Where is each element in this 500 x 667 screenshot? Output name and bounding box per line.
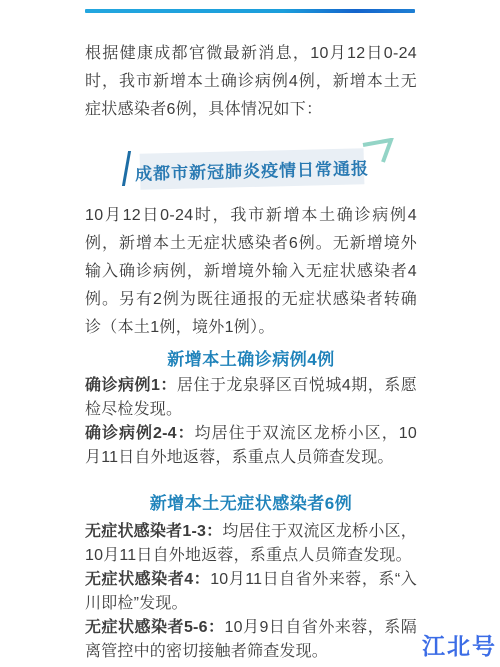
summary-paragraph: 10月12日0-24时，我市新增本土确诊病例4例，新增本土无症状感染者6例。无新…	[85, 202, 417, 342]
case-item: 确诊病例2-4：均居住于双流区龙桥小区，10月11日自外地返蓉，系重点人员筛查发…	[85, 422, 417, 470]
case-label: 确诊病例2-4：	[85, 425, 195, 442]
case-label: 无症状感染者5-6：	[85, 619, 224, 636]
case-label: 无症状感染者1-3：	[85, 523, 222, 540]
banner-title: 成都市新冠肺炎疫情日常通报	[135, 154, 370, 185]
confirmed-cases-list: 确诊病例1：居住于龙泉驿区百悦城4期，系愿检尽检发现。 确诊病例2-4：均居住于…	[85, 374, 417, 470]
case-item: 确诊病例1：居住于龙泉驿区百悦城4期，系愿检尽检发现。	[85, 374, 417, 422]
case-item: 无症状感染者5-6：10月9日自省外来蓉，系隔离管控中的密切接触者筛查发现。	[85, 616, 417, 664]
article-content: 根据健康成都官微最新消息，10月12日0-24时，我市新增本土确诊病例4例，新增…	[85, 0, 417, 664]
section-heading-asymptomatic-cases: 新增本土无症状感染者6例	[85, 492, 417, 516]
case-item: 无症状感染者4：10月11日自省外来蓉，系“入川即检”发现。	[85, 568, 417, 616]
banner-title-badge: 成都市新冠肺炎疫情日常通报	[140, 148, 365, 189]
banner: 成都市新冠肺炎疫情日常通报	[85, 150, 417, 188]
asymptomatic-cases-list: 无症状感染者1-3：均居住于双流区龙桥小区，10月11日自外地返蓉，系重点人员筛…	[85, 520, 417, 664]
watermark: 江北号	[422, 628, 497, 661]
case-label: 无症状感染者4：	[85, 571, 210, 588]
case-label: 确诊病例1：	[85, 377, 177, 394]
section-heading-confirmed-cases: 新增本土确诊病例4例	[85, 348, 417, 372]
corner-bracket-icon	[361, 138, 397, 164]
banner-slash-decoration	[122, 151, 131, 186]
case-item: 无症状感染者1-3：均居住于双流区龙桥小区，10月11日自外地返蓉，系重点人员筛…	[85, 520, 417, 568]
intro-paragraph: 根据健康成都官微最新消息，10月12日0-24时，我市新增本土确诊病例4例，新增…	[85, 40, 417, 124]
